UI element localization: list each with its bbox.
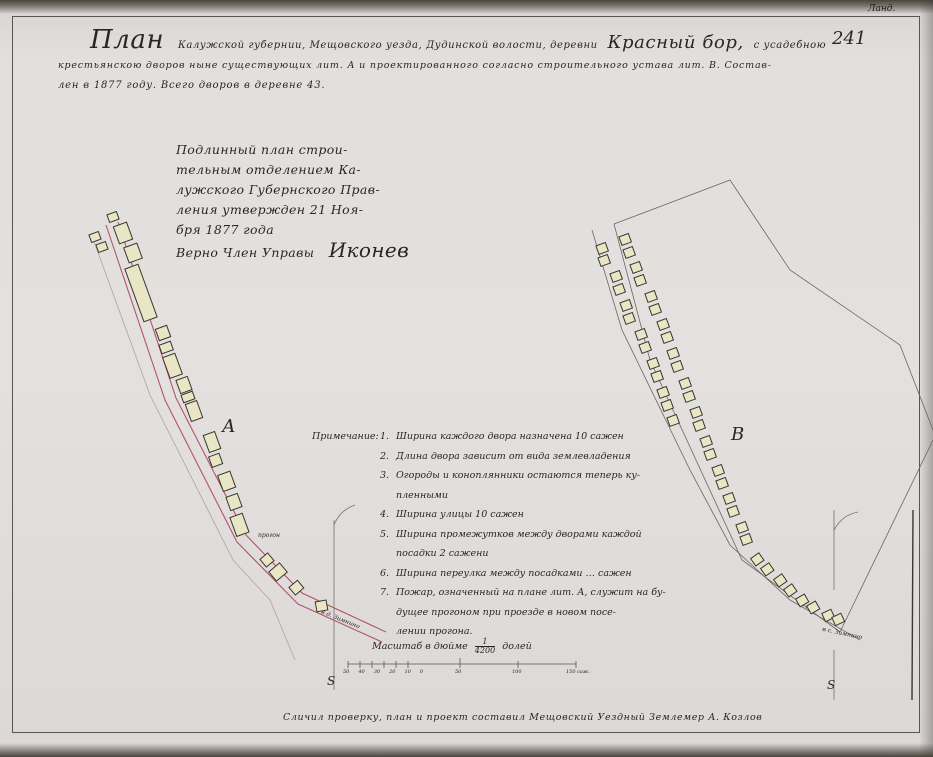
settlement-a-plots	[89, 212, 328, 612]
footer-certification: Сличил проверку, план и проект составил …	[283, 712, 762, 723]
notes-header: Примечание:	[312, 427, 379, 447]
note-item-continuation: пленными	[380, 486, 700, 506]
scale-tick-right2: 150 саж.	[566, 669, 590, 675]
scale-caption: Масштаб в дюйме	[372, 641, 468, 652]
note-item: 2.Длина двора зависит от вида землевладе…	[380, 447, 700, 467]
note-item: 4.Ширина улицы 10 сажен	[380, 505, 700, 525]
note-item: 5.Ширина промежутков между дворами каждо…	[380, 525, 700, 545]
note-item-continuation: дущее прогоном при проезде в новом посе-	[380, 603, 700, 623]
note-item: 7.Пожар, означенный на плане лит. А, слу…	[380, 583, 700, 603]
settlement-a-boundary	[92, 236, 295, 660]
note-item: 1.Ширина каждого двора назначена 10 саже…	[380, 427, 700, 447]
scale-label: Масштаб в дюйме 1 4200 долей	[372, 638, 532, 655]
note-item: 6.Ширина переулка между посадками … саже…	[380, 564, 700, 584]
scale-bar	[348, 658, 576, 668]
scale-ticks-left: 50403020100	[343, 669, 423, 675]
meridian-marker-right: S	[827, 678, 835, 692]
scale-ratio: 1 4200	[475, 638, 495, 655]
settlement-b-label: В	[731, 424, 744, 445]
settlement-a-label: А	[222, 416, 236, 437]
note-item-continuation: посадки 2 сажени	[380, 544, 700, 564]
notes-list: 1.Ширина каждого двора назначена 10 саже…	[380, 427, 700, 642]
scale-tick-mid: 50	[455, 669, 461, 675]
note-item: 3.Огороды и коноплянники остаются теперь…	[380, 466, 700, 486]
scale-tick-right1: 100	[512, 669, 522, 675]
scale-unit: долей	[502, 641, 532, 652]
road-note-a: прогон	[258, 532, 280, 539]
meridian-marker-left: S	[327, 674, 335, 688]
